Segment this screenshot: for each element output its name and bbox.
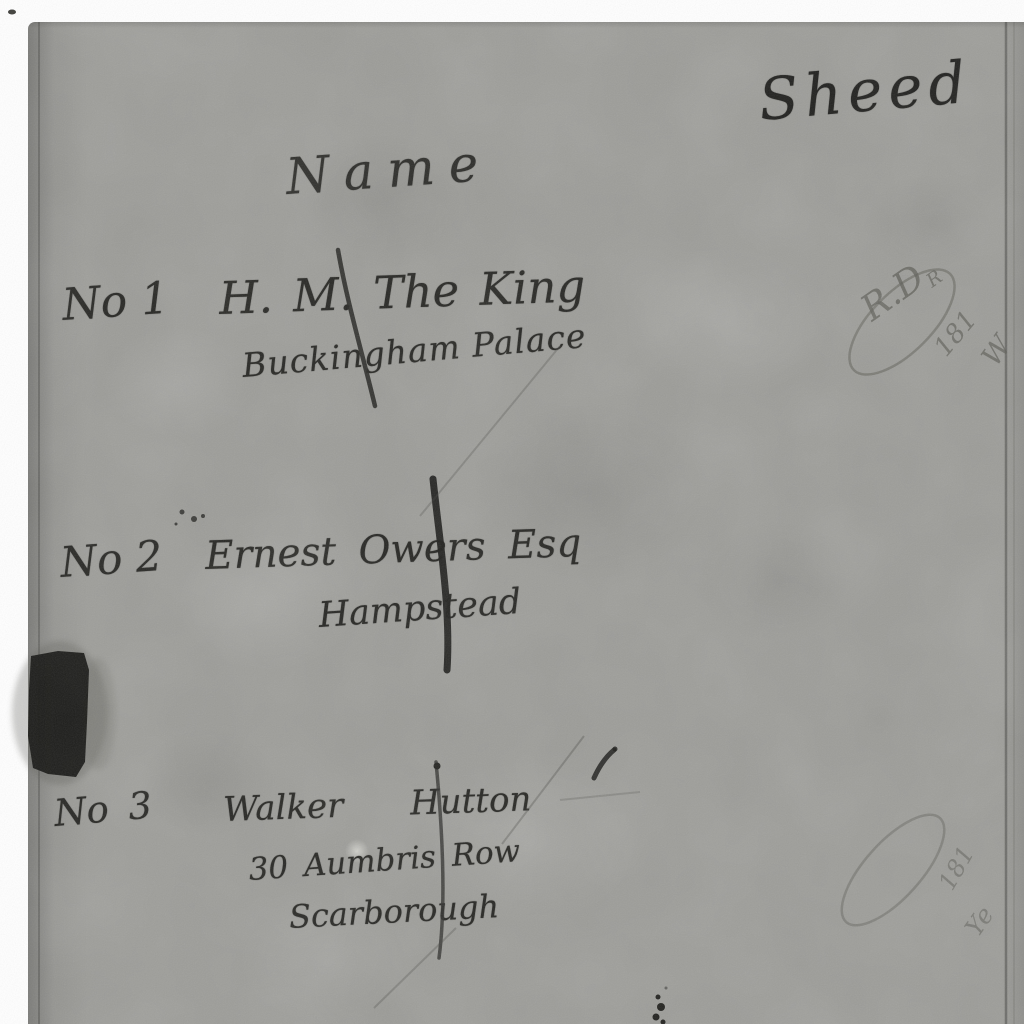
marks-overlay: R.D R 181 W 181 Ye bbox=[0, 0, 1024, 1024]
paper-grain-texture bbox=[28, 22, 1024, 1024]
margin-speck bbox=[8, 10, 16, 15]
scanned-ledger-page: Sheed Name No 1 H. M. The King Buckingha… bbox=[0, 0, 1024, 1024]
